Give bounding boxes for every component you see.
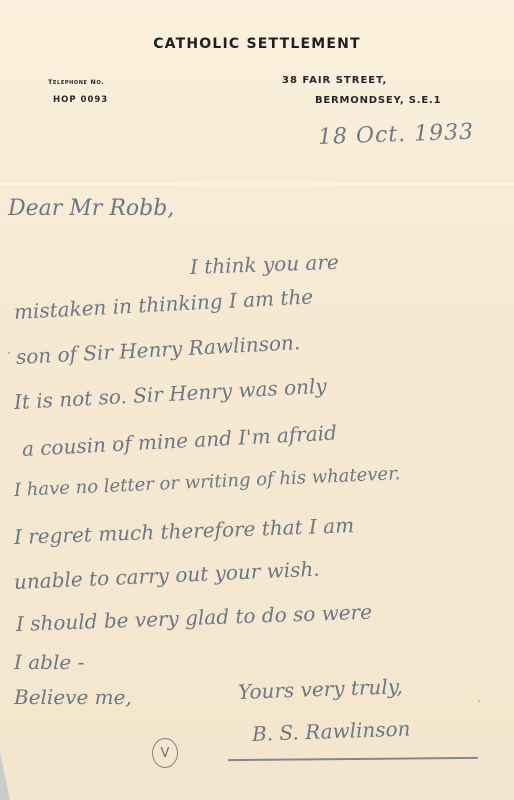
letterhead-organization: CATHOLIC SETTLEMENT	[0, 36, 514, 52]
paper-corner-curl	[0, 752, 10, 800]
circled-check-mark: V	[152, 738, 178, 768]
paper-fold-line	[0, 183, 514, 185]
address-line-2: BERMONDSEY, S.E.1	[315, 95, 441, 106]
telephone-label: Telephone No.	[48, 78, 104, 86]
address-line-1: 38 FAIR STREET,	[282, 75, 387, 86]
foxing-spot	[478, 700, 480, 702]
body-line: I able -	[14, 650, 84, 674]
foxing-spot	[125, 480, 127, 482]
telephone-number: HOP 0093	[53, 95, 108, 105]
foxing-spot	[113, 440, 115, 442]
closing-believe-me: Believe me,	[14, 685, 132, 709]
foxing-spot	[8, 352, 10, 354]
mark-letter: V	[161, 746, 170, 761]
salutation: Dear Mr Robb,	[8, 196, 174, 221]
